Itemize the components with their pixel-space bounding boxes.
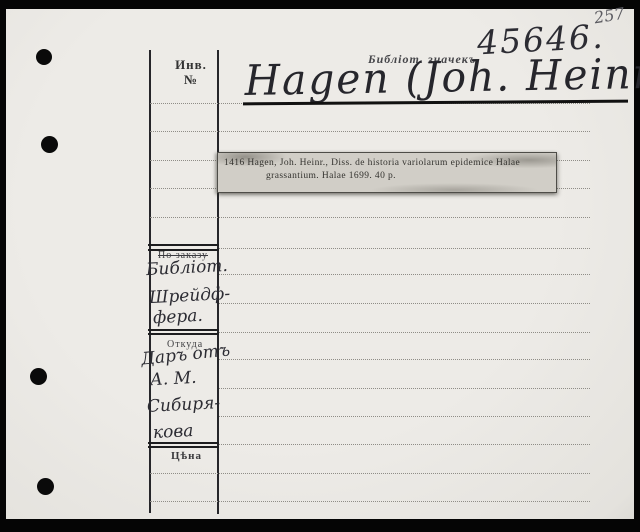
section-divider-rule [148, 333, 219, 335]
ruled-line [219, 444, 590, 445]
price-label: Цѣна [171, 450, 202, 462]
punch-hole [37, 478, 54, 495]
ruled-line [150, 131, 590, 132]
origin-handwriting-3: Сибиря- [147, 393, 221, 417]
ruled-line [219, 332, 590, 333]
origin-handwriting-2: А. М. [150, 368, 197, 390]
ruled-line [150, 501, 590, 502]
section-divider-rule [148, 446, 219, 448]
ruled-line [150, 217, 590, 218]
clipping-line-2: grassantium. Halae 1699. 40 p. [224, 170, 550, 183]
punch-hole [41, 136, 58, 153]
origin-handwriting-4: кова [153, 421, 194, 443]
author-heading: Hagen (Joh. Heinr). [244, 48, 640, 105]
ruled-line [219, 416, 590, 417]
punch-hole [36, 49, 52, 65]
scanned-catalog-card: 257 45646. Библіот. значекъ. Hagen (Joh.… [0, 0, 640, 532]
section-divider-rule [148, 244, 219, 246]
ruled-line [150, 473, 590, 474]
ruled-line [219, 359, 590, 360]
order-handwriting-2: Шрейдф- [149, 284, 231, 308]
pasted-clipping: 1416 Hagen, Joh. Heinr., Diss. de histor… [217, 152, 557, 193]
clipping-line-1: 1416 Hagen, Joh. Heinr., Diss. de histor… [224, 157, 550, 170]
punch-hole [30, 368, 47, 385]
ruled-line [219, 388, 590, 389]
column-header-inv: Инв. [163, 57, 219, 73]
order-handwriting-3: фера. [153, 306, 204, 329]
section-divider-rule [148, 329, 219, 331]
ruled-line [219, 248, 590, 249]
order-handwriting-1: Библіот. [146, 256, 229, 280]
ruled-line [219, 274, 590, 275]
column-header-no: № [163, 72, 219, 88]
ruled-line [219, 303, 590, 304]
